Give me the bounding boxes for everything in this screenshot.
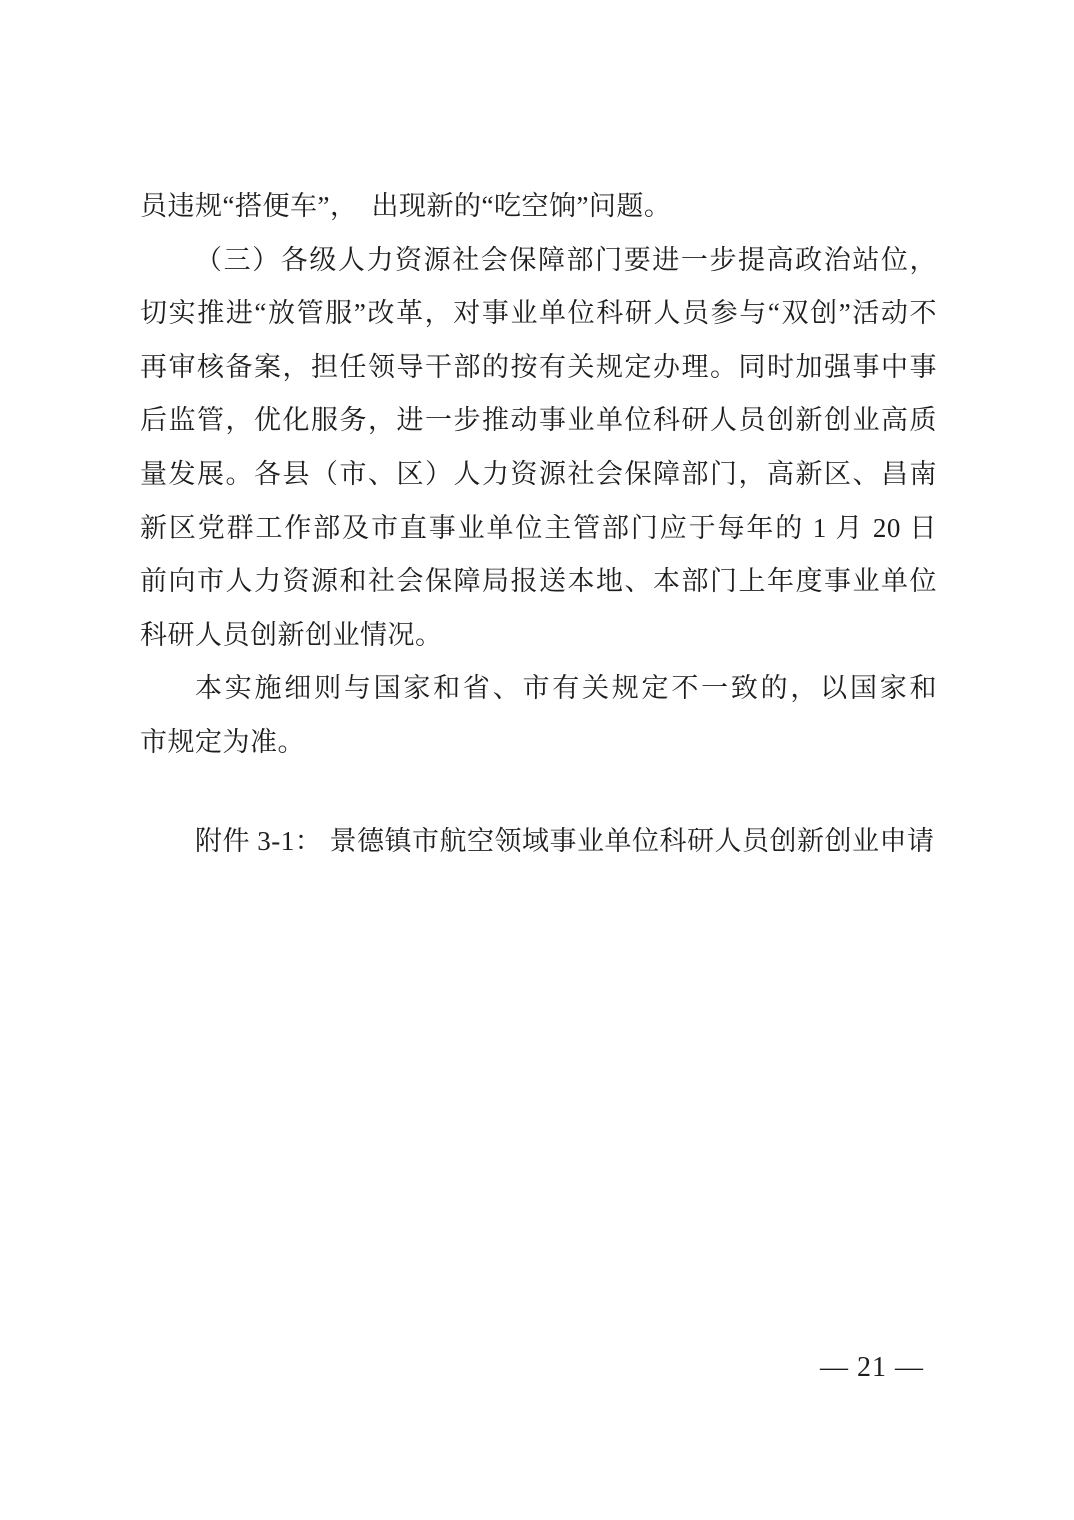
body-line-11: 市规定为准。 — [140, 716, 937, 770]
blank-line — [140, 770, 937, 815]
paper-sheet: 员违规“搭便车”， 出现新的“吃空饷”问题。 （三）各级人力资源社会保障部门要进… — [0, 0, 1074, 1520]
document-page: { "colors": { "ink": "#1d1d1d", "paper":… — [0, 0, 1074, 1520]
page-number: — 21 — — [812, 1348, 932, 1388]
body-line-4: 再审核备案，担任领导干部的按有关规定办理。同时加强事中事 — [140, 341, 937, 395]
body-line-1: 员违规“搭便车”， 出现新的“吃空饷”问题。 — [140, 180, 937, 234]
body-line-10: 本实施细则与国家和省、市有关规定不一致的，以国家和省、 — [140, 662, 937, 716]
body-line-2: （三）各级人力资源社会保障部门要进一步提高政治站位， — [140, 234, 937, 288]
body-line-9: 科研人员创新创业情况。 — [140, 609, 937, 663]
attachment-reference-line: 附件 3-1： 景德镇市航空领域事业单位科研人员创新创业申请表 — [140, 815, 937, 869]
body-line-8: 前向市人力资源和社会保障局报送本地、本部门上年度事业单位 — [140, 555, 937, 609]
body-line-3: 切实推进“放管服”改革，对事业单位科研人员参与“双创”活动不 — [140, 287, 937, 341]
body-line-5: 后监管，优化服务，进一步推动事业单位科研人员创新创业高质 — [140, 394, 937, 448]
body-text: 员违规“搭便车”， 出现新的“吃空饷”问题。 （三）各级人力资源社会保障部门要进… — [140, 180, 937, 868]
body-line-6: 量发展。各县（市、区）人力资源社会保障部门，高新区、昌南 — [140, 448, 937, 502]
body-line-7: 新区党群工作部及市直事业单位主管部门应于每年的 1 月 20 日 — [140, 502, 937, 556]
